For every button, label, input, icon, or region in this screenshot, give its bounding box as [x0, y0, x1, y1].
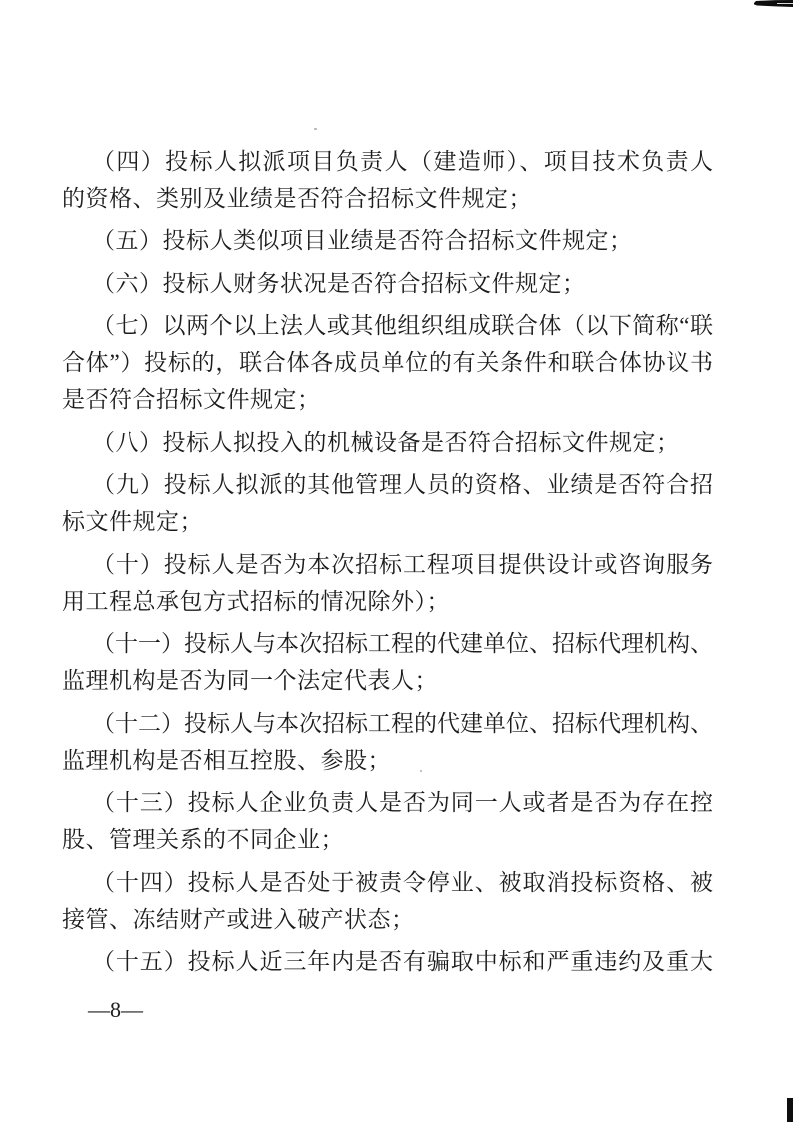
scan-speck — [314, 128, 317, 130]
text-line: （七）以两个以上法人或其他组织组成联合体（以下简称“联 — [62, 307, 713, 344]
text-line: （十五）投标人近三年内是否有骗取中标和严重违约及重大 — [62, 943, 713, 980]
text-line: 接管、冻结财产或进入破产状态； — [62, 901, 713, 938]
text-line: 监理机构是否为同一个法定代表人； — [62, 662, 713, 699]
text-line: 合体”）投标的，联合体各成员单位的有关条件和联合体协议书 — [62, 344, 713, 381]
scan-artifact-bottom-right — [787, 1098, 793, 1122]
text-line: （五）投标人类似项目业绩是否符合招标文件规定； — [62, 222, 713, 259]
document-body: （四）投标人拟派项目负责人（建造师）、项目技术负责人的资格、类别及业绩是否符合招… — [62, 137, 713, 980]
text-line: 标文件规定； — [62, 503, 713, 540]
text-line: （四）投标人拟派项目负责人（建造师）、项目技术负责人 — [62, 143, 713, 180]
scanned-document-page: （四）投标人拟派项目负责人（建造师）、项目技术负责人的资格、类别及业绩是否符合招… — [0, 0, 793, 1122]
text-line: （十一）投标人与本次招标工程的代建单位、招标代理机构、 — [62, 625, 713, 662]
text-line: （十四）投标人是否处于被责令停业、被取消投标资格、被 — [62, 864, 713, 901]
text-line: 是否符合招标文件规定； — [62, 381, 713, 418]
scan-artifact-top-right — [754, 0, 793, 8]
text-line: （十）投标人是否为本次招标工程项目提供设计或咨询服务（采 — [62, 546, 713, 583]
text-line: （十三）投标人企业负责人是否为同一人或者是否为存在控 — [62, 784, 713, 821]
text-line: 监理机构是否相互控股、参股； — [62, 742, 713, 779]
text-line: （八）投标人拟投入的机械设备是否符合招标文件规定； — [62, 424, 713, 461]
text-line: 用工程总承包方式招标的情况除外）； — [62, 583, 713, 620]
text-line: 的资格、类别及业绩是否符合招标文件规定； — [62, 180, 713, 217]
text-line: （十二）投标人与本次招标工程的代建单位、招标代理机构、 — [62, 705, 713, 742]
text-line: （九）投标人拟派的其他管理人员的资格、业绩是否符合招 — [62, 466, 713, 503]
page-number: —8— — [88, 997, 143, 1023]
text-line: （六）投标人财务状况是否符合招标文件规定； — [62, 265, 713, 302]
text-line: 股、管理关系的不同企业； — [62, 821, 713, 858]
